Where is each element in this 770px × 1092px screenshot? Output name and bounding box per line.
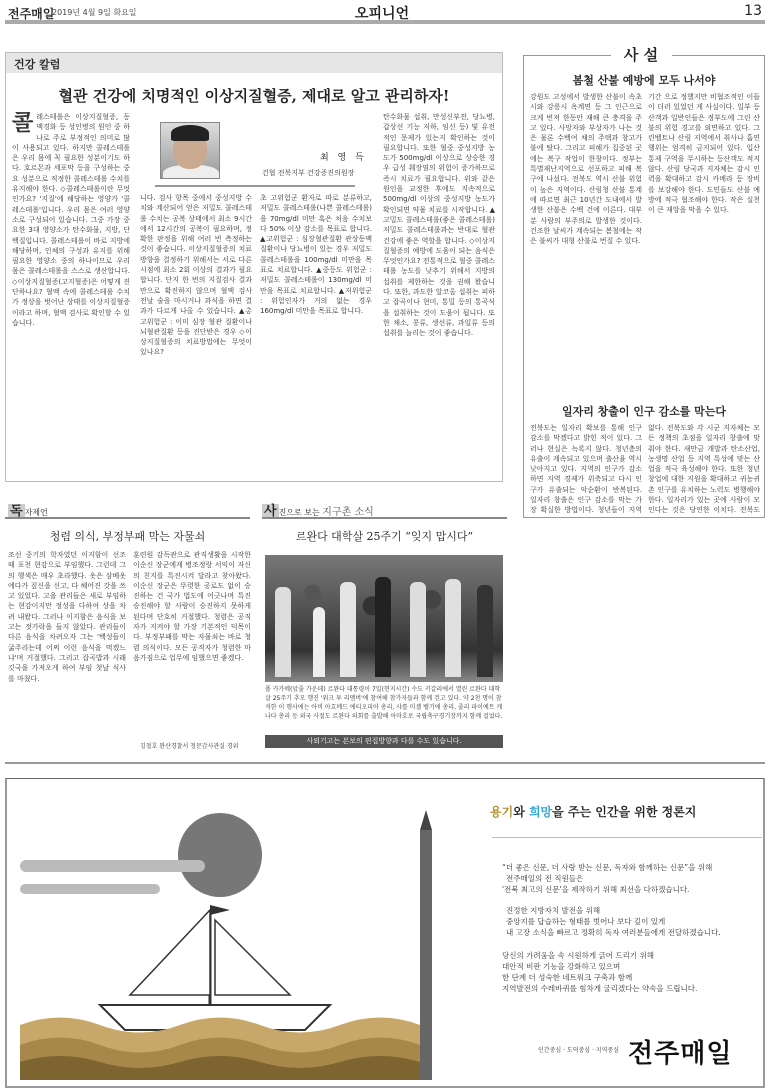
health-column-col1: 콜레스테롤은 이상지질혈증, 동맥경화 등 성인병의 원인 중 하나로 주로 부… (12, 112, 130, 477)
photo-caption: 폴 카가메(앞줄 가운데) 르완다 대통령이 7일(현지시간) 수도 키갈리에서… (265, 685, 503, 721)
header-rule (5, 20, 765, 24)
photo-figure (313, 607, 325, 677)
photo-news-rule (262, 517, 507, 519)
page-number: 13 (744, 3, 762, 19)
rwanda-march-photo (265, 555, 503, 682)
author-role: 건협 전북지부 건강증진의원장 (262, 168, 354, 178)
photo-news-title: 르완다 대학살 25주기 “잊지 맙시다” (262, 528, 507, 544)
self-column-title: 청렴 의식, 부정부패 막는 자물쇠 (5, 528, 250, 544)
disclaimer-banner: 사외기고는 본보의 편집방향과 다를 수도 있습니다. (265, 735, 503, 748)
photo-figure (275, 587, 291, 677)
editorial-2-col2: 없다. 전북도와 각 시군 지자체는 모든 정책의 초점을 일자리 창출에 맞춰… (648, 423, 760, 515)
author-name: 최 영 득 (320, 150, 367, 163)
self-column-col1: 조선 중기의 학자였던 이지함이 선조 때 포천 현감으로 부임했다. 그런데 … (8, 550, 126, 740)
author-rule (155, 185, 355, 187)
health-column-col3: 초 고위험군 환자로 따로 분류하고, 저밀도 콜레스테롤(나쁜 콜레스테롤)을… (260, 193, 372, 478)
health-column-col2: 니다. 검사 항목 중에서 중성지방 수치와 계산되어 얻은 저밀도 콜레스테롤… (140, 193, 252, 478)
ad-paragraph-2: 진정한 지방자치 발전을 위해 중앙지를 답습하는 형태를 벗어나 보다 깊이 … (502, 905, 762, 938)
photo-figure (410, 582, 426, 677)
photo-figure (445, 579, 461, 677)
photo-figure (375, 577, 391, 677)
author-photo (160, 122, 220, 179)
editorial-topline (672, 55, 765, 56)
photo-hair (171, 125, 209, 141)
health-column-tag: 건강 칼럼 (6, 53, 502, 73)
self-column-byline: 김철호 완산경찰서 청문감사관실 경위 (140, 741, 238, 750)
editorial-1-col2: 기간 으로 정했지만 비협조적인 이들이 더러 있었던 게 사실이다. 일부 등… (648, 92, 760, 392)
health-column-col4: 탄수화물 섭취, 만성신부전, 당뇨병, 갑상선 기능 저하, 임신 등) 및 … (383, 112, 495, 477)
editorial-1-col1: 강원도 고성에서 발생한 산불이 속초시와 강릉시 옥계면 등 그 인근으로 크… (530, 92, 642, 392)
ad-paragraph-3: 당신의 가려움을 속 시원하게 긁어 드리기 위해 대안적 비판 기능을 강화하… (502, 950, 762, 994)
ad-motto: 인간중심 · 도덕중심 · 지역중심 (538, 1045, 619, 1054)
ad-slogan: 용기와 희망을 주는 인간을 위한 정론지 (490, 803, 696, 820)
ad-slogan-rule (492, 837, 762, 838)
self-column-col2: 훈련원 감독관으로 관직생활을 시작한 이순신 장군에게 병조정랑 서익이 자신… (133, 550, 251, 730)
ad-newspaper-logo: 전주매일 (628, 1033, 732, 1070)
editorial-title-1: 봄철 산불 예방에 모두 나서야 (523, 72, 765, 88)
section-divider (5, 762, 765, 764)
health-column-title: 혈관 건강에 치명적인 이상지질혈증, 제대로 알고 관리하자! (5, 85, 503, 106)
ship-illustration-icon (20, 800, 470, 1080)
photo-figure (477, 585, 493, 677)
photo-figure (340, 582, 356, 677)
editorial-label: 사 설 (611, 44, 671, 65)
editorial-2-col1: 전북도는 일자리 확보를 통해 인구 감소를 막겠다고 밝힌 적이 있다. 그러… (530, 423, 642, 515)
dropcap: 콜 (12, 112, 33, 134)
editorial-topline (523, 55, 611, 56)
editorial-title-2: 일자리 창출이 인구 감소를 막는다 (523, 403, 765, 419)
ad-paragraph-1: “더 좋은 신문, 더 사랑 받는 신문, 독자와 함께하는 신문”을 위해 전… (502, 862, 762, 895)
issue-date: 2019년 4월 9일 화요일 (52, 7, 137, 18)
self-column-rule (5, 517, 250, 519)
